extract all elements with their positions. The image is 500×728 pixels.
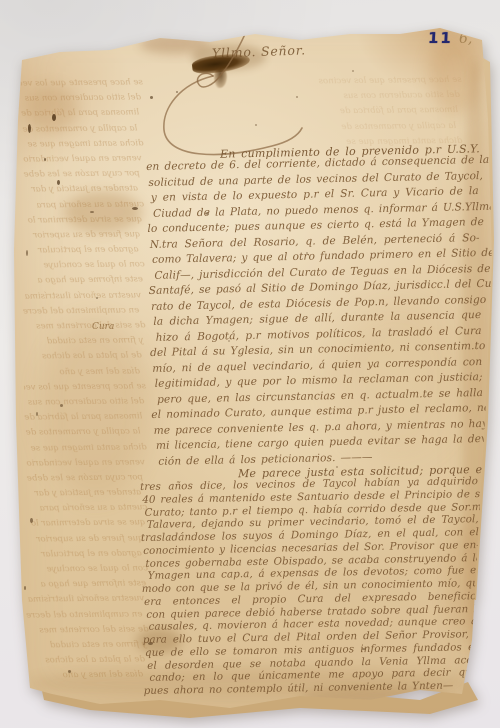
bleedthrough-line: atender en justicia y dar: [22, 184, 144, 200]
bleedthrough-line: dicha santa imagen que se: [25, 442, 147, 458]
margin-note: Cura: [92, 322, 114, 332]
photo-backdrop: se hace presente que los vecinosdel siti…: [0, 0, 500, 728]
bleedthrough-line: que se sirva determinar lo: [25, 518, 147, 534]
foxing-speck: [352, 70, 354, 72]
bleedthrough-line: limosnas para la fábrica de: [21, 108, 143, 124]
paragraph-2: tres años dice, los vecinos de Taycol ha…: [140, 475, 482, 698]
bleedthrough-line: vuestra señoría ilustrísima: [26, 594, 148, 610]
bleedthrough-line: este informe que hago a: [23, 275, 145, 291]
bleedthrough-line: limosnas para la fábrica de: [24, 411, 146, 427]
bleedthrough-line: que se sirva determinar lo: [22, 214, 144, 230]
bleedthrough-line: con lo qual se concluye: [26, 563, 148, 579]
bleedthrough-line: de seis del corriente mes: [23, 320, 145, 336]
bleedthrough-line: la capilla y ornamentos de: [24, 427, 146, 443]
bleedthrough-line: de la plata a los dichos: [24, 351, 146, 367]
manuscript-paper: se hace presente que los vecinosdel siti…: [0, 0, 500, 728]
bleedthrough-line: cuenta a su señoría para: [25, 503, 147, 519]
bleedthrough-line: y firmo en esta ciudad: [23, 336, 145, 352]
folio-ink-note: 6,: [459, 31, 472, 47]
bleedthrough-line: días del mes y año: [27, 670, 149, 686]
bleedthrough-line: que fuere de su superior: [26, 533, 148, 549]
bleedthrough-line: cuenta a su señoría para: [22, 199, 144, 215]
stamp-ink-speck: [416, 25, 418, 27]
bleedthrough-line: días del mes y año: [24, 366, 146, 382]
bleedthrough-text-left: se hace presente que los vecinosdel siti…: [21, 77, 149, 696]
bleedthrough-line: agrado en el particular: [26, 548, 148, 564]
bleedthrough-line: venera en aquel vecindario: [22, 153, 144, 169]
foxing-speck: [410, 692, 413, 694]
bleedthrough-line: de la plata a los dichos: [27, 654, 149, 670]
bleedthrough-line: en cumplimiento del decreto: [23, 305, 145, 321]
sheet-stack: se hace presente que los vecinosdel siti…: [0, 0, 500, 728]
bleedthrough-line: del sitio acudieron con sus: [24, 396, 146, 412]
bleedthrough-line: atender en justicia y dar: [25, 487, 147, 503]
bleedthrough-line: agrado en el particular: [23, 244, 145, 260]
bleedthrough-line: de seis del corriente mes: [26, 624, 148, 640]
paragraph-1: en decreto de 6. del corriente, dictado …: [146, 154, 484, 471]
bleedthrough-line: vuestra señoría ilustrísima: [23, 290, 145, 306]
stamp-ink-speck: [408, 22, 411, 24]
bleedthrough-line: se hace presente que los vecinos: [24, 381, 146, 397]
bleedthrough-line: del sitio acudieron con sus: [21, 93, 143, 109]
bleedthrough-line: se hace presente que los vecinos: [21, 77, 143, 93]
bleedthrough-line: este informe que hago a: [26, 579, 148, 595]
bleedthrough-line: por cuya razón se les debe: [25, 472, 147, 488]
bleedthrough-line: que fuere de su superior: [22, 229, 144, 245]
folio-stamp: 11: [428, 29, 454, 47]
bleedthrough-line: venera en aquel vecindario: [25, 457, 147, 473]
bleedthrough-line: la capilla y ornamentos de: [21, 123, 143, 139]
bleedthrough-line: dicha santa imagen que se: [21, 138, 143, 154]
bleedthrough-line: con lo qual se concluye: [23, 260, 145, 276]
bleedthrough-line: y firmo en esta ciudad: [27, 639, 149, 655]
bleedthrough-line: en cumplimiento del decreto: [26, 609, 148, 625]
bleedthrough-line: por cuya razón se les debe: [22, 168, 144, 184]
